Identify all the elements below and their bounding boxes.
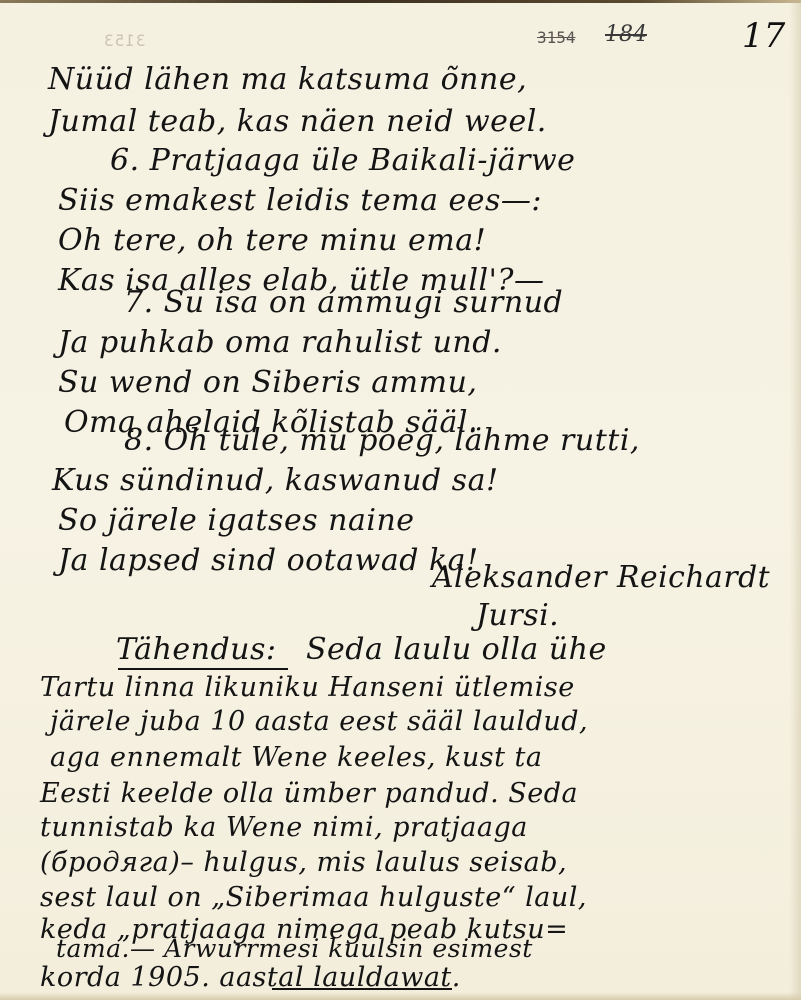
note-line: sest laul on „Siberimaa hulguste“ laul, (40, 882, 587, 913)
note-heading: Tähendus: (116, 632, 277, 667)
note-line: tunnistab ka Wene nimi, pratjaaga (40, 812, 528, 843)
signature-place: Jursi. (476, 598, 559, 633)
verse-line: Jumal teab, kas näen neid weel. (48, 104, 547, 139)
signature-name: Aleksander Reichardt (432, 560, 770, 595)
page-number: 17 (742, 16, 785, 56)
note-line: (бродяга)– hulgus, mis laulus seisab, (40, 847, 567, 878)
note-line: aga ennemalt Wene keeles, kust ta (50, 742, 542, 773)
verse-line: Nüüd lähen ma katsuma õnne, (48, 62, 527, 97)
manuscript-page: 3153 3154 184 17 Nüüd lähen ma katsuma õ… (0, 0, 801, 1000)
verse-line: Oh tere, oh tere minu ema! (58, 223, 486, 258)
verse-line: 8. Oh tule, mu poeg, lähme rutti, (124, 423, 640, 458)
verse-line: Ja puhkab oma rahulist und. (58, 325, 502, 360)
note-heading-underline (118, 668, 288, 670)
note-line: tama.— Arwurrmesi kuulsin esimest (56, 934, 533, 963)
paper-right-edge (789, 0, 801, 1000)
archive-number-new: 184 (605, 22, 647, 47)
paper-top-edge (0, 0, 801, 3)
faded-stamp-number: 3153 (103, 31, 146, 50)
note-line: Eesti keelde olla ümber pandud. Seda (40, 778, 578, 809)
verse-line: So järele igatses naine (58, 503, 415, 538)
verse-line: Ja lapsed sind ootawad ka! (58, 543, 479, 578)
note-line: Tartu linna likuniku Hanseni ütlemise (40, 672, 575, 703)
final-underline (272, 988, 452, 990)
verse-line: 6. Pratjaaga üle Baikali-järwe (110, 143, 575, 178)
verse-line: Siis emakest leidis tema ees—: (58, 183, 542, 218)
note-line: Seda laulu olla ühe (306, 632, 607, 667)
verse-line: 7. Su isa on ammugi surnud (124, 285, 563, 320)
verse-line: Kus sündinud, kaswanud sa! (52, 463, 499, 498)
verse-line: Su wend on Siberis ammu, (58, 365, 477, 400)
note-line: järele juba 10 aasta eest sääl lauldud, (50, 706, 588, 737)
archive-number-crossed: 3154 (537, 28, 576, 47)
paper-bottom-edge (0, 992, 801, 1000)
